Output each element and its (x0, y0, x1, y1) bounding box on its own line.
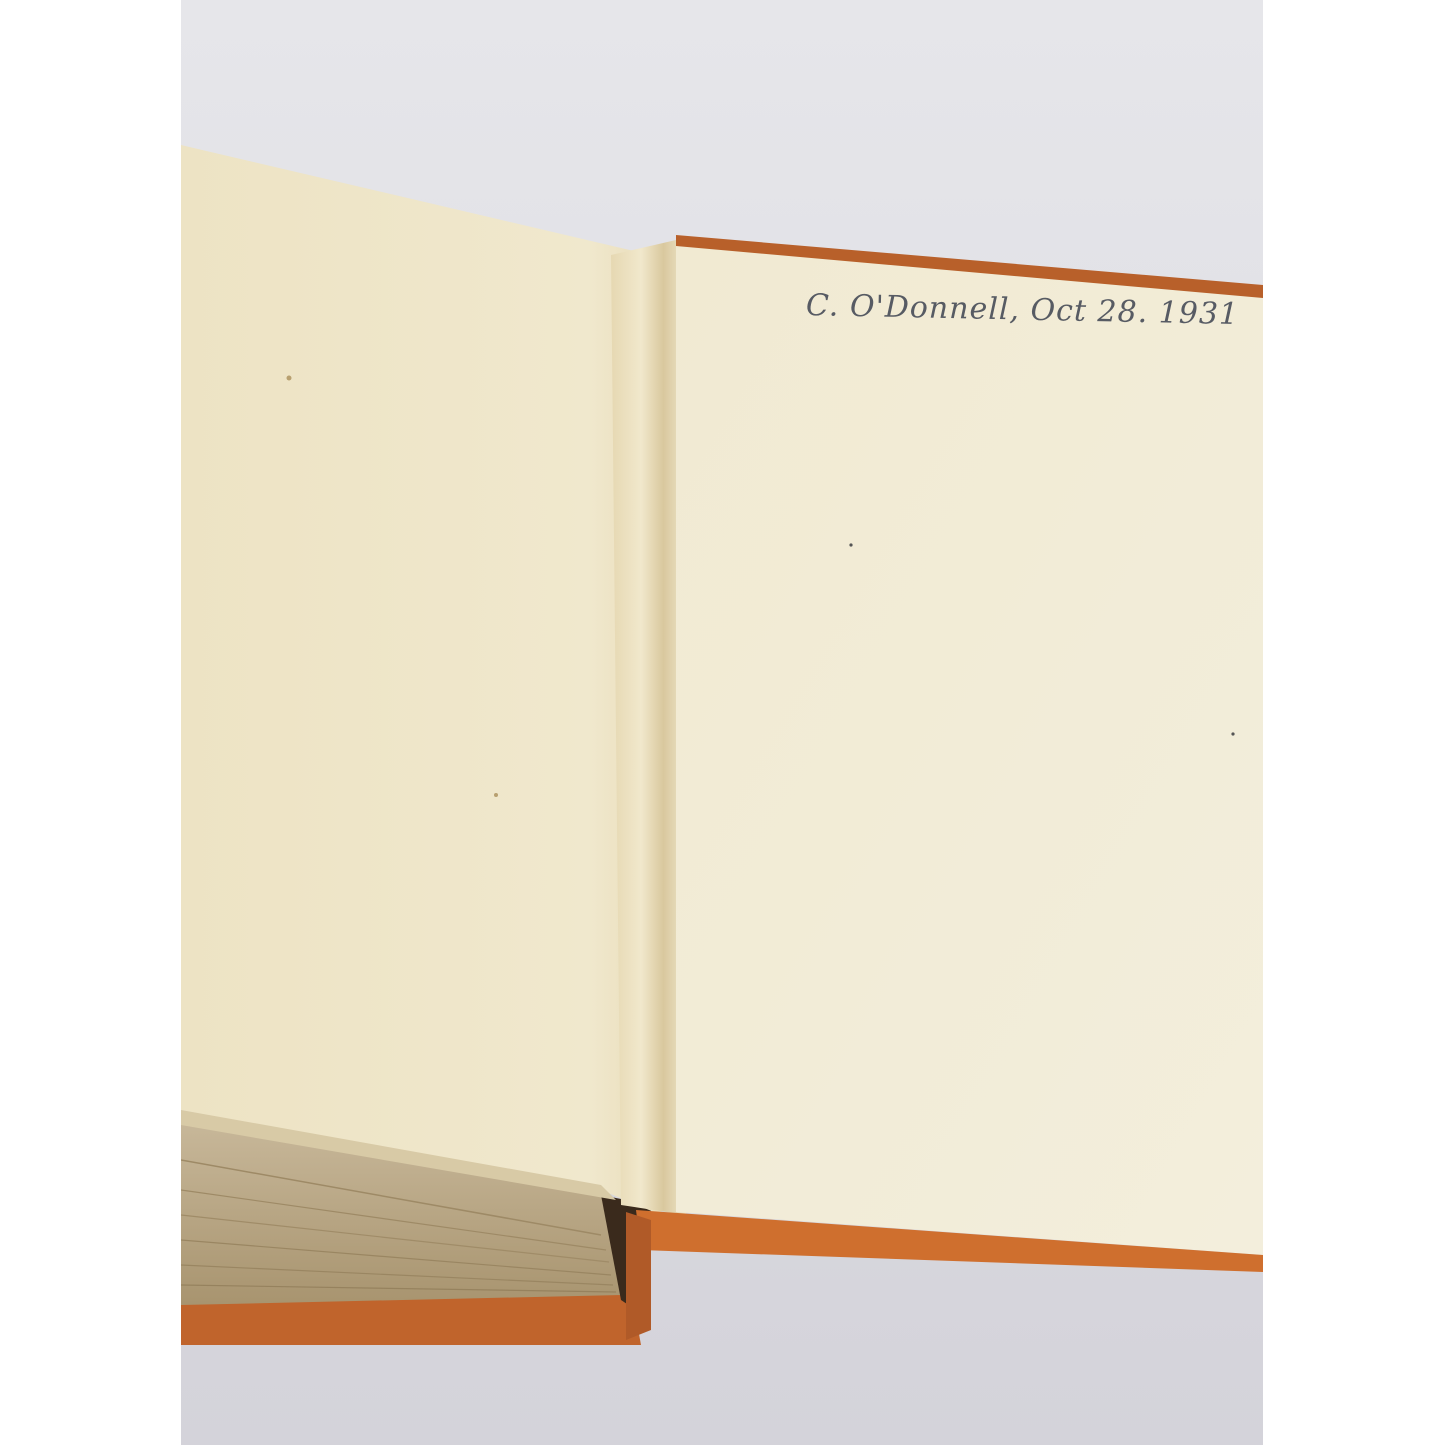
right-page (676, 246, 1263, 1255)
paper-speck (494, 793, 498, 797)
book-illustration (181, 0, 1263, 1445)
cover-hinge (626, 1212, 651, 1340)
book-photo: C. O'Donnell, Oct 28. 1931 (181, 0, 1263, 1445)
paper-speck (287, 376, 292, 381)
gutter (611, 240, 686, 1215)
paper-speck (849, 543, 852, 546)
left-page (181, 145, 661, 1215)
paper-speck (1231, 732, 1234, 735)
